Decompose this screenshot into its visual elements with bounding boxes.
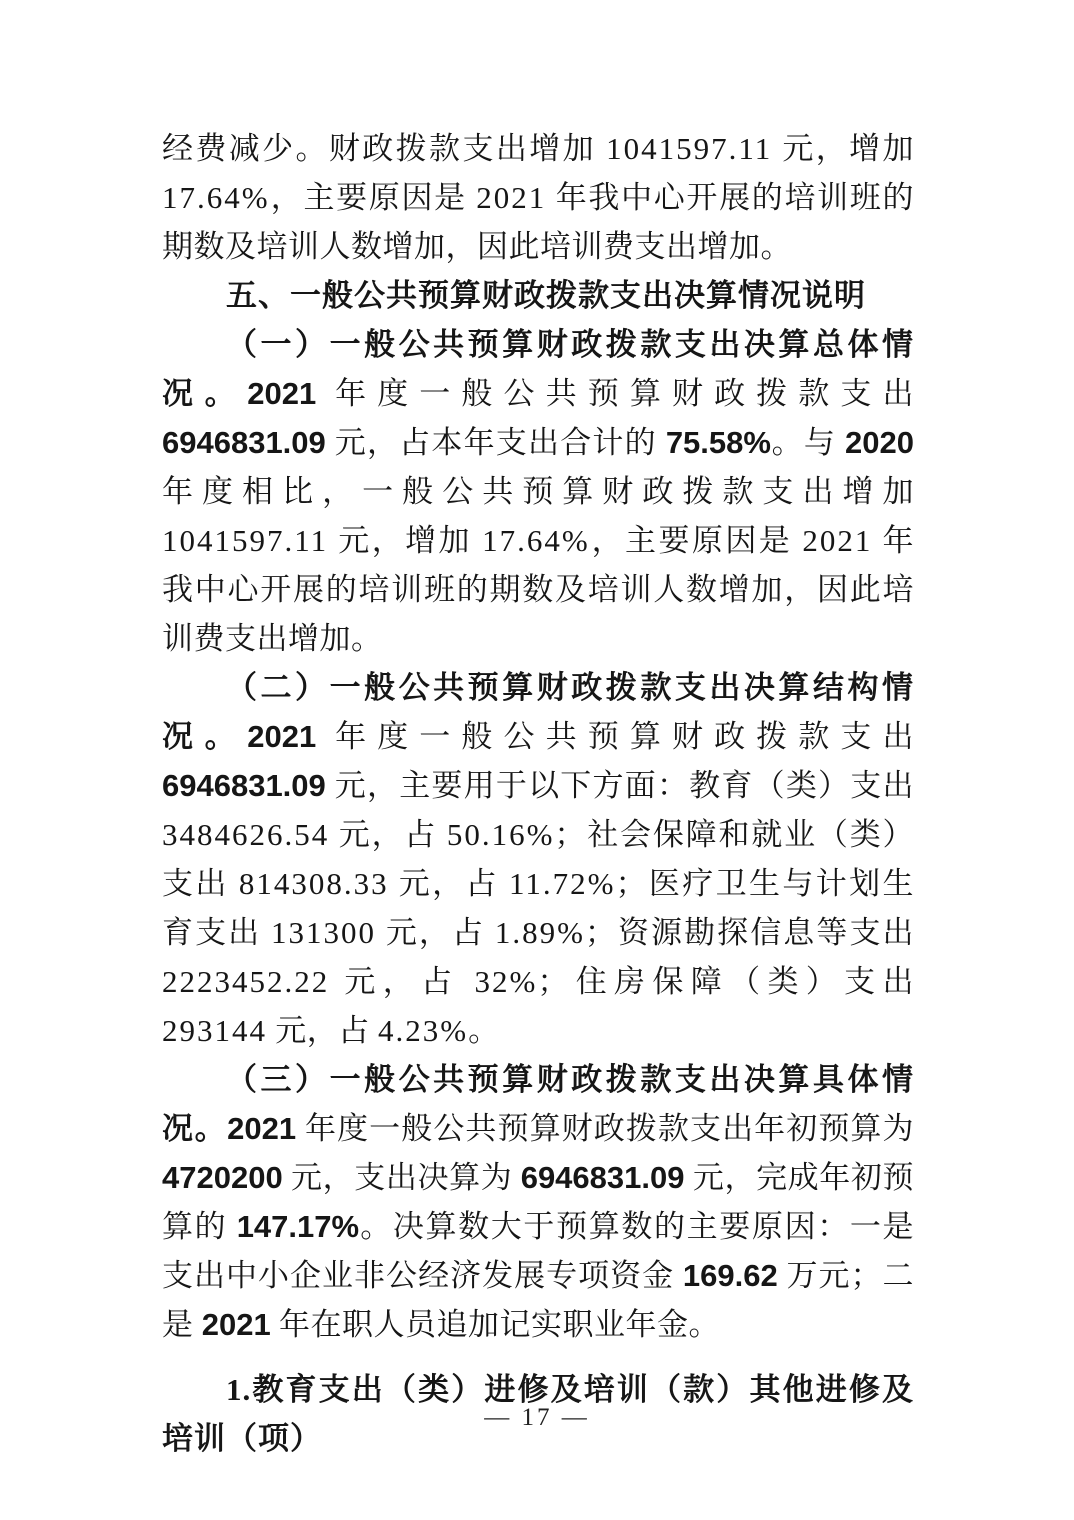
text-run: 年在职人员追加记实职业年金。	[271, 1307, 720, 1342]
number-run: 17.64%	[162, 180, 270, 215]
text-run: ，主要原因是	[590, 523, 803, 558]
number-run: 2021	[802, 523, 872, 558]
text-run: 年度一般公共预算财政拨款支出	[316, 376, 914, 411]
number-run: 1.89%	[495, 915, 585, 950]
number-run: 1041597.11	[162, 523, 328, 558]
number-run: 50.16%	[447, 817, 555, 852]
paragraph: 经费减少。财政拨款支出增加 1041597.11 元，增加 17.64%，主要原…	[162, 124, 914, 271]
number-run: 131300	[271, 915, 376, 950]
number-run: 11.72%	[509, 866, 615, 901]
number-run: 1041597.11	[606, 131, 772, 166]
text-run: 元，支出决算为	[283, 1160, 521, 1195]
text-run: ，主要原因是	[270, 180, 477, 215]
number-run: 6946831.09	[521, 1160, 685, 1195]
number-run: 2021	[202, 1307, 271, 1342]
text-run: 。与	[771, 425, 845, 460]
text-run: 元，占	[267, 1013, 378, 1048]
text-run: 经费减少。财政拨款支出增加	[162, 131, 606, 166]
text-run: 年度相比，一般公共预算财政拨款支出增加	[162, 474, 914, 509]
number-run: 2021	[476, 180, 546, 215]
number-run: 6946831.09	[162, 425, 326, 460]
number-run: 17.64%	[482, 523, 590, 558]
number-run: 6946831.09	[162, 768, 326, 803]
page-number: — 17 —	[484, 1404, 590, 1431]
text-run: 元，增加	[328, 523, 482, 558]
document-body: 经费减少。财政拨款支出增加 1041597.11 元，增加 17.64%，主要原…	[162, 124, 914, 1463]
number-run: 169.62	[683, 1258, 778, 1293]
text-run: ；住房保障（类）支出	[537, 964, 914, 999]
text-run: 元，占	[389, 866, 509, 901]
number-run: 147.17%	[237, 1209, 359, 1244]
number-run: 293144	[162, 1013, 267, 1048]
text-run: ；资源勘探信息等支出	[585, 915, 914, 950]
number-run: 814308.33	[239, 866, 389, 901]
text-run: 元，主要用于以下方面：教育（类）支出	[326, 768, 914, 803]
paragraph: （一）一般公共预算财政拨款支出决算总体情况。2021 年度一般公共预算财政拨款支…	[162, 320, 914, 663]
text-run: 元，占	[329, 964, 474, 999]
text-run: 元，占本年支出合计的	[326, 425, 666, 460]
page-footer: — 17 —	[0, 1404, 1074, 1432]
section-heading: 五、一般公共预算财政拨款支出决算情况说明	[162, 271, 914, 320]
paragraph: （三）一般公共预算财政拨款支出决算具体情况。2021 年度一般公共预算财政拨款支…	[162, 1055, 914, 1349]
text-run: 元，占	[376, 915, 495, 950]
text-run: 元，占	[329, 817, 447, 852]
number-run: 2021	[247, 376, 316, 411]
number-run: 3484626.54	[162, 817, 329, 852]
text-run: 元，增加	[772, 131, 914, 166]
text-run: 年度一般公共预算财政拨款支出	[316, 719, 914, 754]
number-run: 2020	[845, 425, 914, 460]
number-run: 4.23%	[378, 1013, 468, 1048]
number-run: 2223452.22	[162, 964, 329, 999]
number-run: 32%	[475, 964, 538, 999]
number-run: 4720200	[162, 1160, 283, 1195]
paragraph: （二）一般公共预算财政拨款支出决算结构情况。2021 年度一般公共预算财政拨款支…	[162, 663, 914, 1055]
number-run: 75.58%	[666, 425, 771, 460]
text-run: 。	[468, 1013, 500, 1048]
text-run: 年度一般公共预算财政拨款支出年初预算为	[296, 1111, 914, 1146]
number-run: 2021	[227, 1111, 296, 1146]
number-run: 2021	[247, 719, 316, 754]
document-page: 经费减少。财政拨款支出增加 1041597.11 元，增加 17.64%，主要原…	[0, 0, 1074, 1520]
